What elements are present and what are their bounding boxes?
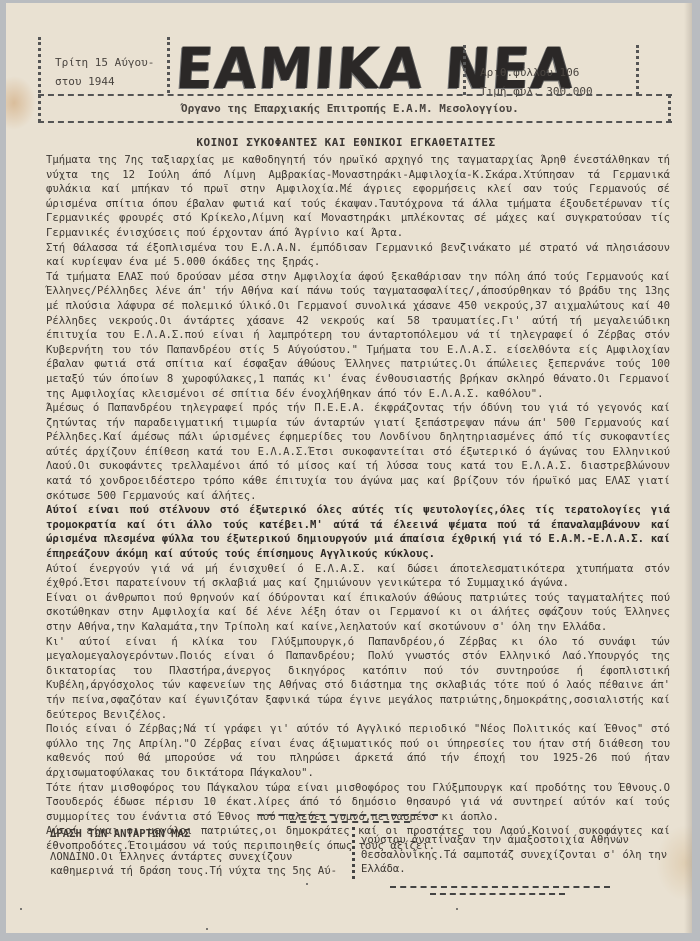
article-paragraph: Κι' αύτοί είναι ή κλίκα του Γλύξμπουργκ,… — [46, 635, 670, 723]
article-paragraph: Στή Θάλασσα τά έξοπλισμένα του Ε.Λ.Α.Ν. … — [46, 241, 670, 270]
news-column-left: ΔΡΑΣΗ ΤΩΝ ΑΝΤΑΡΤΩΝ ΜΑΣ ΛΟΝΔΙΝΟ.Οι Έλληνε… — [50, 827, 350, 879]
newspaper-page: Τρίτη 15 Αύγου- στου 1944 ΕΑΜΙΚΑ ΝΕΑ Αρι… — [6, 3, 692, 933]
page-edge-shadow — [684, 3, 692, 933]
paper-speck — [306, 883, 308, 885]
article-body: Τμήματα της 7ης ταξιαρχίας με καθοδηγητή… — [46, 153, 670, 854]
article-paragraph: Τά τμήματα ΕΛΑΣ πού δρούσαν μέσα στην Αμ… — [46, 270, 670, 401]
article-paragraph: Είναι οι άνθρωποι πού θρηνούν καί όδύρον… — [46, 591, 670, 635]
publication-subtitle: Όργανο της Επαρχιακής Επιτροπής Ε.Α.Μ. Μ… — [181, 102, 519, 115]
end-separator-2 — [430, 893, 565, 895]
news-text-right: γούστου άνατίναξαν την άμαξοστοιχία Αθην… — [361, 833, 671, 877]
date-box: Τρίτη 15 Αύγου- στου 1944 — [38, 37, 170, 93]
news-heading: ΔΡΑΣΗ ΤΩΝ ΑΝΤΑΡΤΩΝ ΜΑΣ — [50, 827, 350, 842]
column-divider — [352, 827, 355, 879]
article-headline: ΚΟΙΝΟΙ ΣΥΚΟΦΑΝΤΕΣ ΚΑΙ ΕΘΝΙΚΟΙ ΕΓΚΑΘΕΤΑΙΤ… — [136, 136, 556, 149]
masthead-rule-top — [38, 94, 672, 96]
paper-speck — [20, 908, 22, 910]
issue-date: Τρίτη 15 Αύγου- στου 1944 — [55, 53, 154, 91]
paper-speck — [456, 908, 458, 910]
masthead-dots-right — [668, 95, 671, 122]
article-paragraph: Αύτοί είναι πού στέλνουν στό έξωτερικό ό… — [46, 503, 670, 561]
paper-speck — [206, 928, 208, 930]
masthead-dots-left — [38, 95, 41, 122]
masthead-rule-bottom — [38, 121, 672, 123]
news-text-left: ΛΟΝΔΙΝΟ.Οι Έλληνες άντάρτες συνεχίζουν κ… — [50, 850, 350, 879]
masthead: Τρίτη 15 Αύγου- στου 1944 ΕΑΜΙΚΑ ΝΕΑ Αρι… — [38, 31, 672, 101]
issue-price: Τιμή φυλ. 300.000 — [480, 82, 593, 101]
section-separator-2 — [290, 821, 410, 823]
article-paragraph: Ποιός είναι ό Ζέρβας;Νά τί γράφει γι' αύ… — [46, 722, 670, 780]
section-separator-1 — [258, 814, 438, 816]
date-line-1: Τρίτη 15 Αύγου- — [55, 53, 154, 72]
news-column-right: γούστου άνατίναξαν την άμαξοστοιχία Αθην… — [361, 833, 671, 877]
end-separator-1 — [390, 886, 610, 888]
article-paragraph: Αύτοί ένεργούν γιά νά μή ένισχυθεί ό Ε.Λ… — [46, 562, 670, 591]
article-paragraph: Τμήματα της 7ης ταξιαρχίας με καθοδηγητή… — [46, 153, 670, 241]
issue-number: Αριθ.φύλλου 106 — [480, 63, 593, 82]
issue-box: Αριθ.φύλλου 106 Τιμή φυλ. 300.000 — [463, 45, 639, 95]
date-line-2: στου 1944 — [55, 72, 154, 91]
article-paragraph: Τότε ήταν μισθοφόρος του Πάγκαλου τώρα ε… — [46, 781, 670, 825]
article-paragraph: Άμέσως ό Παπανδρέου τηλεγραφεί πρός τήν … — [46, 401, 670, 503]
